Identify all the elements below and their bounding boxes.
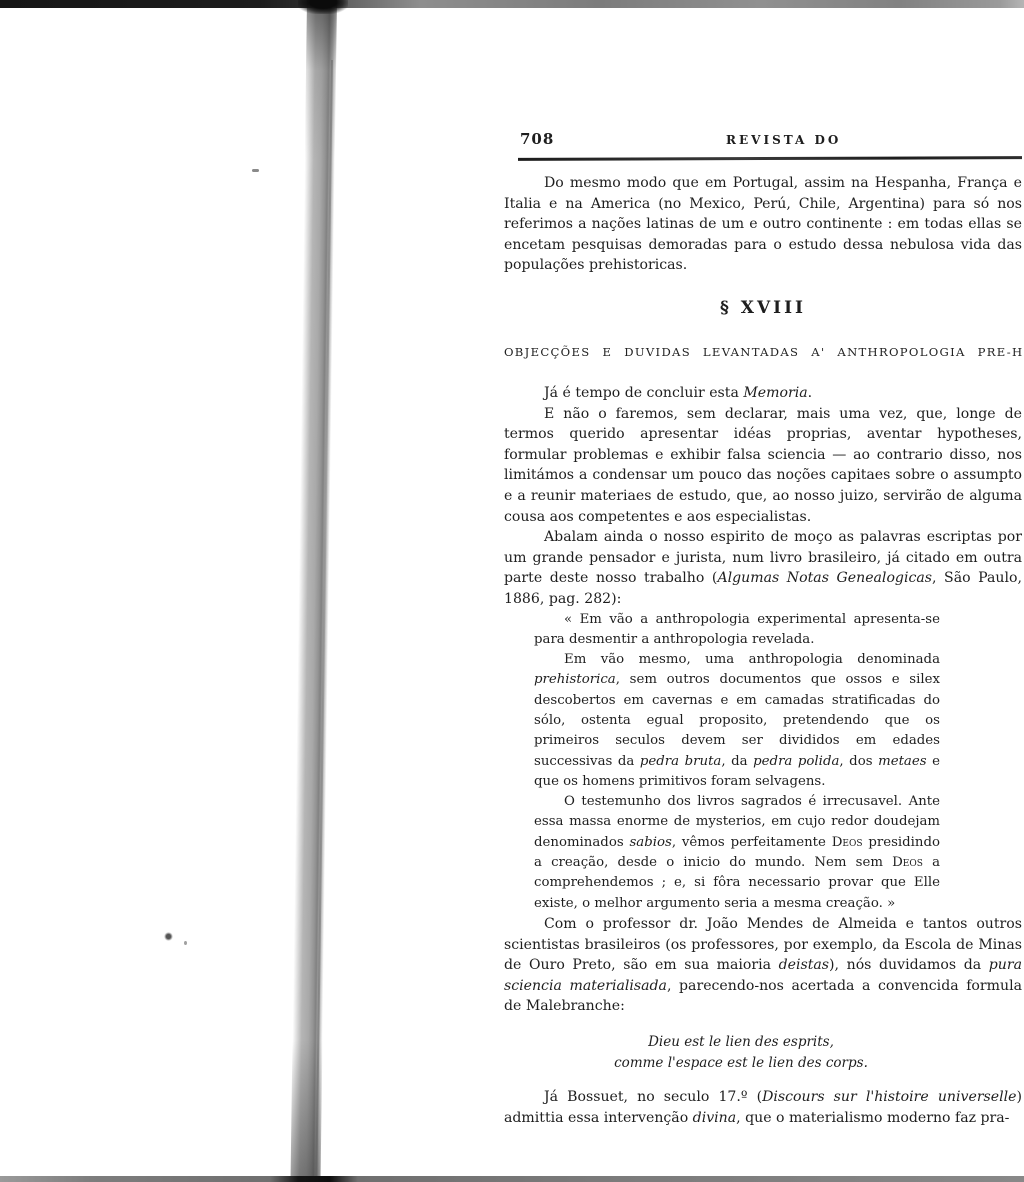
- scan-top-edge: [0, 0, 1024, 8]
- quote-paragraph-3: O testemunho dos livros sagrados é irrec…: [534, 792, 940, 914]
- verse-line-2: comme l'espace est le lien des corps.: [504, 1053, 978, 1074]
- text-segment: , dos: [839, 754, 878, 769]
- text-segment-italic: Memoria: [743, 385, 807, 401]
- block-quote: « Em vão a anthropologia experimental ap…: [504, 610, 1022, 914]
- text-segment: , vêmos perfeitamente: [672, 835, 832, 850]
- section-subheading: OBJECÇÕES E DUVIDAS LEVANTADAS A' ANTHRO…: [504, 345, 1022, 359]
- text-segment: .: [808, 385, 812, 401]
- margin-speck: [252, 169, 259, 172]
- text-segment-italic: divina: [693, 1110, 736, 1126]
- text-segment: ), nós duvidamos da: [829, 957, 989, 973]
- text-segment-italic: metaes: [878, 754, 926, 769]
- running-title: REVISTA DO: [726, 133, 841, 147]
- quote-paragraph-1: « Em vão a anthropologia experimental ap…: [534, 610, 940, 651]
- text-segment: Já é tempo de concluir esta: [544, 385, 743, 401]
- page-number: 708: [520, 130, 554, 148]
- scan-bottom-edge: [0, 1176, 1024, 1182]
- verse-line-1: Dieu est le lien des esprits,: [504, 1032, 978, 1053]
- french-verse: Dieu est le lien des esprits, comme l'es…: [504, 1032, 978, 1074]
- paragraph-declaracao: E não o faremos, sem declarar, mais uma …: [504, 404, 1022, 528]
- text-segment-italic: Discours sur l'histoire universelle: [762, 1089, 1016, 1105]
- paragraph-memoria: Já é tempo de concluir esta Memoria.: [504, 383, 1022, 404]
- paragraph-bossuet: Já Bossuet, no seculo 17.º (Discours sur…: [504, 1087, 1022, 1128]
- text-segment-italic: sabios: [629, 835, 671, 850]
- margin-speck: [184, 941, 187, 945]
- text-segment-italic: prehistorica: [534, 672, 616, 687]
- page-content: 708 REVISTA DO Do mesmo modo que em Port…: [504, 130, 1022, 1128]
- text-segment: , que o materialismo moderno faz pra-: [736, 1110, 1009, 1126]
- page-header: 708 REVISTA DO: [504, 130, 1022, 150]
- header-rule: [518, 156, 1022, 161]
- paragraph-intro: Do mesmo modo que em Portugal, assim na …: [504, 173, 1022, 276]
- gutter-top-shadow: [298, 0, 348, 14]
- text-segment: Em vão mesmo, uma anthropologia denomina…: [564, 652, 940, 667]
- paragraph-abalam: Abalam ainda o nosso espirito de moço as…: [504, 527, 1022, 609]
- text-segment-italic: deistas: [779, 957, 829, 973]
- paragraph-professor: Com o professor dr. João Mendes de Almei…: [504, 914, 1022, 1017]
- text-segment-italic: pedra polida: [753, 754, 839, 769]
- text-segment-italic: Algumas Notas Genealogicas: [717, 570, 932, 586]
- text-segment-smallcaps: Deos: [892, 855, 923, 870]
- quote-paragraph-2: Em vão mesmo, uma anthropologia denomina…: [534, 650, 940, 792]
- section-heading: § XVIII: [504, 298, 1022, 318]
- text-segment-smallcaps: Deos: [832, 835, 863, 850]
- text-segment: Já Bossuet, no seculo 17.º (: [544, 1089, 762, 1105]
- text-segment-italic: pedra bruta: [640, 754, 721, 769]
- text-segment: , da: [721, 754, 753, 769]
- margin-speck: [164, 932, 173, 941]
